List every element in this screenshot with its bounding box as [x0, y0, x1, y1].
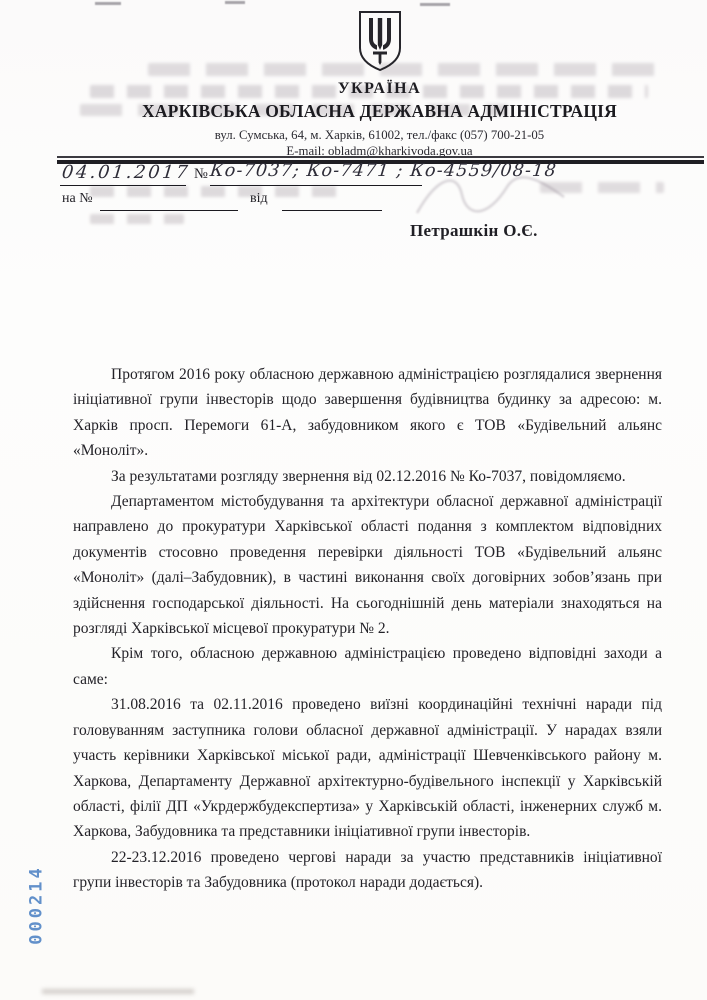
letter-body: Протягом 2016 року обласною державною ад…	[73, 362, 662, 896]
incoming-number-underline	[100, 188, 238, 211]
addressee-name: Петрашкін О.Є.	[410, 221, 538, 241]
letterhead-country: УКРАЇНА	[60, 80, 699, 98]
divider-thin-line	[57, 156, 704, 158]
registration-stamp-number: 000214	[27, 865, 47, 944]
scan-speck	[95, 2, 121, 5]
body-paragraph: Протягом 2016 року обласною державною ад…	[73, 362, 662, 464]
incoming-date-label: від	[250, 191, 268, 207]
scanned-letter-page: УКРАЇНА ХАРКІВСЬКА ОБЛАСНА ДЕРЖАВНА АДМІ…	[0, 0, 707, 1000]
trident-emblem-icon	[356, 10, 404, 72]
incoming-number-label: на №	[62, 191, 93, 207]
outgoing-date-underline	[60, 163, 186, 186]
body-paragraph: 31.08.2016 та 02.11.2016 проведено виїзн…	[73, 692, 662, 844]
letterhead-organization: ХАРКІВСЬКА ОБЛАСНА ДЕРЖАВНА АДМІНІСТРАЦІ…	[60, 101, 699, 122]
scan-speck	[420, 3, 450, 6]
body-paragraph: За результатами розгляду звернення від 0…	[73, 464, 662, 489]
registration-stamp: 000214	[14, 850, 60, 960]
body-paragraph: 22-23.12.2016 проведено чергові наради з…	[73, 845, 662, 896]
body-paragraph: Департаментом містобудування та архітект…	[73, 489, 662, 641]
scan-speck	[225, 1, 245, 4]
outgoing-numbers-handwritten: Ко-7037; Ко-7471 ; Ко-4559/08-18	[209, 161, 707, 181]
body-paragraph: Крім того, обласною державною адміністра…	[73, 641, 662, 692]
incoming-date-underline	[282, 188, 382, 211]
number-sign: №	[194, 166, 208, 183]
letterhead: УКРАЇНА ХАРКІВСЬКА ОБЛАСНА ДЕРЖАВНА АДМІ…	[60, 10, 699, 159]
scan-smudge	[42, 989, 194, 994]
reference-block: 04.01.2017 № Ко-7037; Ко-7471 ; Ко-4559/…	[60, 161, 697, 223]
letterhead-address: вул. Сумська, 64, м. Харків, 61002, тел.…	[60, 128, 699, 143]
